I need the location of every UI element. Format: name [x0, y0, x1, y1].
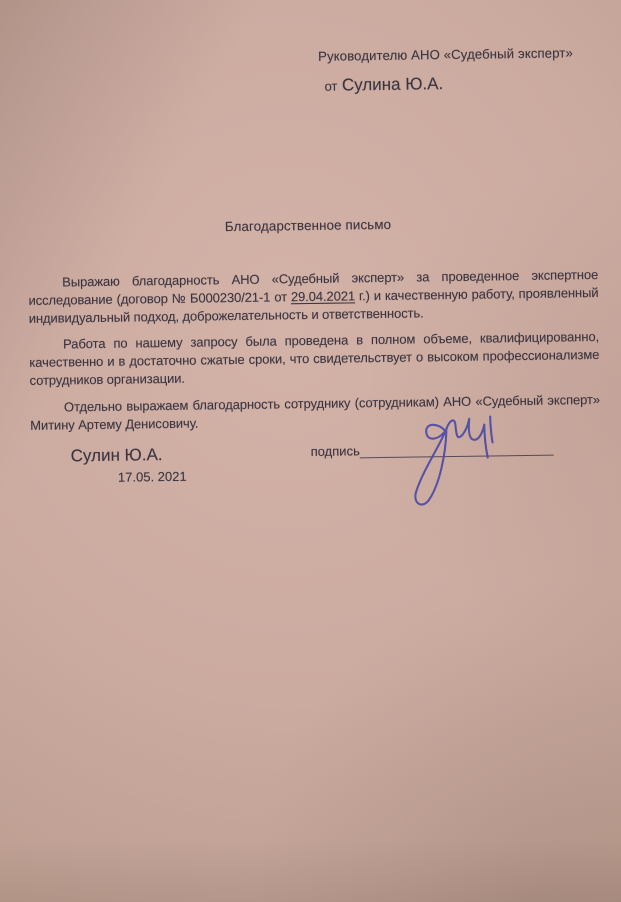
recipient-line: Руководителю АНО «Судебный эксперт»: [318, 45, 573, 64]
from-name: Сулина Ю.А.: [342, 74, 444, 94]
handwritten-signature: [402, 407, 503, 513]
paragraph-1: Выражаю благодарность АНО «Судебный эксп…: [28, 266, 599, 327]
signer-name: Сулин Ю.А.: [71, 445, 163, 466]
letter-page: Руководителю АНО «Судебный эксперт» от С…: [0, 0, 621, 902]
paragraph-3: Отдельно выражаем благодарность сотрудни…: [30, 391, 600, 435]
contract-date: 29.04.2021: [291, 288, 355, 304]
from-prefix: от: [324, 79, 337, 94]
letter-body: Выражаю благодарность АНО «Судебный эксп…: [28, 266, 600, 443]
signature-label: подпись: [311, 443, 360, 459]
photo-background: Руководителю АНО «Судебный эксперт» от С…: [0, 0, 621, 902]
letter-date: 17.05. 2021: [118, 469, 187, 485]
from-line: от Сулина Ю.А.: [324, 74, 443, 96]
letter-title: Благодарственное письмо: [0, 214, 619, 238]
paragraph-2: Работа по нашему запросу была проведена …: [29, 328, 600, 389]
